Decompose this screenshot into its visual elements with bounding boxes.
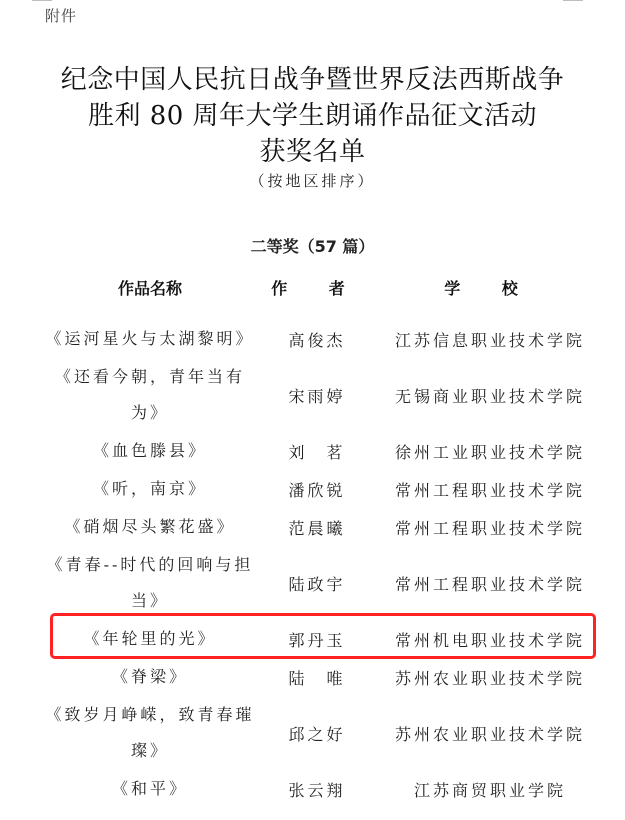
school-name: 苏州农业职业技术学院 — [370, 722, 610, 745]
author-name: 高俊杰 — [260, 328, 370, 351]
table-row: 《致岁月峥嵘，致青春璀璨》 邱之好 苏州农业职业技术学院 — [40, 696, 610, 770]
author-name: 邱之好 — [260, 722, 370, 745]
award-table: 作品名称 作 者 学 校 《运河星火与太湖黎明》 高俊杰 江苏信息职业技术学院 … — [40, 270, 610, 808]
table-row: 《青春--时代的回响与担当》 陆政宇 常州工程职业技术学院 — [40, 546, 610, 620]
author-name: 范晨曦 — [260, 516, 370, 539]
title-line-2: 胜利 80 周年大学生朗诵作品征文活动 — [0, 98, 625, 134]
attachment-label: 附件 — [45, 5, 77, 26]
work-title: 《致岁月峥嵘，致青春璀璨》 — [40, 697, 260, 769]
table-row-highlighted: 《年轮里的光》 郭丹玉 常州机电职业技术学院 — [40, 620, 610, 658]
school-name: 江苏商贸职业学院 — [370, 778, 610, 801]
author-name: 郭丹玉 — [260, 628, 370, 651]
author-name: 陆 唯 — [260, 666, 370, 689]
school-name: 常州工程职业技术学院 — [370, 478, 610, 501]
document-title: 纪念中国人民抗日战争暨世界反法西斯战争 胜利 80 周年大学生朗诵作品征文活动 … — [0, 62, 625, 170]
table-header-row: 作品名称 作 者 学 校 — [40, 270, 610, 304]
column-header-school: 学 校 — [370, 276, 610, 299]
school-name: 徐州工业职业技术学院 — [370, 440, 610, 463]
table-row: 《还看今朝，青年当有为》 宋雨婷 无锡商业职业技术学院 — [40, 358, 610, 432]
work-title: 《青春--时代的回响与担当》 — [40, 547, 260, 619]
work-title: 《血色滕县》 — [40, 433, 260, 469]
column-header-title: 作品名称 — [40, 276, 260, 299]
author-name: 陆政宇 — [260, 572, 370, 595]
table-row: 《血色滕县》 刘 茗 徐州工业职业技术学院 — [40, 432, 610, 470]
table-row: 《硝烟尽头繁花盛》 范晨曦 常州工程职业技术学院 — [40, 508, 610, 546]
table-row: 《脊梁》 陆 唯 苏州农业职业技术学院 — [40, 658, 610, 696]
school-name: 常州机电职业技术学院 — [370, 628, 610, 651]
author-name: 刘 茗 — [260, 440, 370, 463]
table-row: 《听，南京》 潘欣锐 常州工程职业技术学院 — [40, 470, 610, 508]
page-corner-mark-right — [563, 0, 583, 1]
title-line-1: 纪念中国人民抗日战争暨世界反法西斯战争 — [0, 62, 625, 98]
work-title: 《还看今朝，青年当有为》 — [40, 359, 260, 431]
school-name: 常州工程职业技术学院 — [370, 516, 610, 539]
work-title: 《年轮里的光》 — [40, 621, 260, 657]
title-line-3: 获奖名单 — [0, 134, 625, 170]
author-name: 张云翔 — [260, 778, 370, 801]
school-name: 常州工程职业技术学院 — [370, 572, 610, 595]
work-title: 《和平》 — [40, 771, 260, 807]
subtitle: （按地区排序） — [0, 170, 625, 191]
page-corner-mark-left — [32, 0, 52, 1]
author-name: 潘欣锐 — [260, 478, 370, 501]
award-heading: 二等奖（57 篇） — [0, 234, 625, 257]
school-name: 江苏信息职业技术学院 — [370, 328, 610, 351]
table-row: 《和平》 张云翔 江苏商贸职业学院 — [40, 770, 610, 808]
author-name: 宋雨婷 — [260, 384, 370, 407]
table-row: 《运河星火与太湖黎明》 高俊杰 江苏信息职业技术学院 — [40, 320, 610, 358]
work-title: 《硝烟尽头繁花盛》 — [40, 509, 260, 545]
school-name: 苏州农业职业技术学院 — [370, 666, 610, 689]
work-title: 《脊梁》 — [40, 659, 260, 695]
work-title: 《运河星火与太湖黎明》 — [40, 321, 260, 357]
column-header-author: 作 者 — [260, 276, 370, 299]
work-title: 《听，南京》 — [40, 471, 260, 507]
school-name: 无锡商业职业技术学院 — [370, 384, 610, 407]
